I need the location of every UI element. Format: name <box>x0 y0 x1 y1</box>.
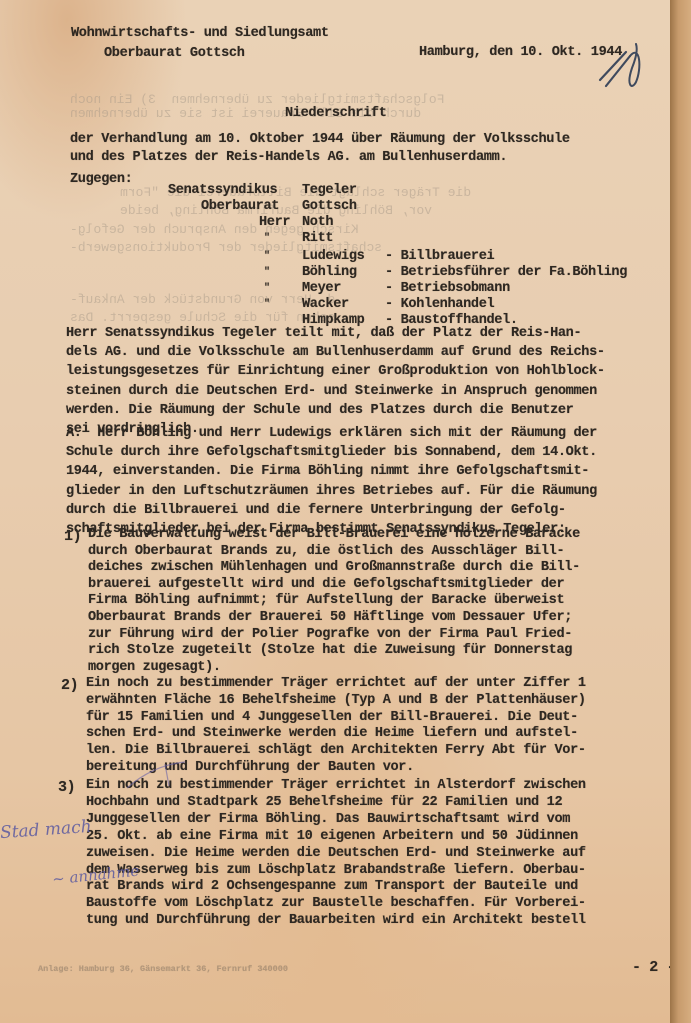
paragraph-line: rat Brands wird 2 Ochsengespanne zum Tra… <box>86 879 586 896</box>
paragraph-line: deiches zwischen Mühlenhagen und Großman… <box>88 560 580 577</box>
document-title: Niederschrift <box>285 104 387 123</box>
item-number: 3) <box>58 778 75 797</box>
paragraph-line: für 15 Familien und 4 Junggesellen der B… <box>86 710 586 727</box>
paragraph-line: tung und Durchführung der Bauarbeiten wi… <box>86 913 586 930</box>
official-name: Oberbaurat Gottsch <box>104 44 245 63</box>
margin-note: Stad mach <box>0 817 92 843</box>
paragraph-line: erwähnten Fläche 16 Behelfsheime (Typ A … <box>86 693 586 710</box>
pen-stroke-icon <box>125 760 215 790</box>
paragraph-line: Herr Senatssyndikus Tegeler teilt mit, d… <box>66 324 605 343</box>
paragraph-line: dem Wasserweg bis zum Löschplatz Braband… <box>86 863 586 880</box>
paragraph-line: schen Erd- und Steinwerke werden die Hei… <box>86 726 586 743</box>
paragraph-line: leistungsgesetzes für Einrichtung einer … <box>66 362 605 381</box>
paragraph-line: Oberbaurat Brands der Brauerei 50 Häftli… <box>88 610 580 627</box>
footer-faint-text: Anlage: Hamburg 36, Gänsemarkt 36, Fernr… <box>38 960 288 979</box>
paragraph-line: len. Die Billbrauerei schlägt den Archit… <box>86 743 586 760</box>
ditto-mark: " <box>264 229 270 248</box>
paragraph-line: rich Stolze zugeteilt (Stolze hat die Zu… <box>88 643 580 660</box>
paragraph-line: 1944, einverstanden. Die Firma Böhling n… <box>66 462 597 481</box>
paragraph-line: durch die Billbrauerei und die fernere U… <box>66 501 597 520</box>
item-1-paragraph: Die Bauverwaltung weist der Bill-Brauere… <box>88 527 580 676</box>
paragraph-line: zur Führung wird der Polier Pografke von… <box>88 627 580 644</box>
paragraph-line: werden. Die Räumung der Schule und des P… <box>66 401 605 420</box>
attendee-name: Ritt <box>302 229 333 248</box>
page-edge <box>670 0 691 1023</box>
item-3-paragraph: Ein noch zu bestimmender Träger errichte… <box>86 778 586 930</box>
section-a-paragraph: A. Herr Böhling und Herr Ludewigs erklär… <box>66 424 597 539</box>
paragraph-line: dels AG. und die Volksschule am Bullenhu… <box>66 343 605 362</box>
handwritten-mark-icon <box>596 38 646 90</box>
item-number: 1) <box>64 527 81 546</box>
paragraph-line: glieder in den Luftschutzräumen ihres Be… <box>66 482 597 501</box>
subject-line-1: der Verhandlung am 10. Oktober 1944 über… <box>70 130 570 149</box>
page-marker: - 2 - <box>632 958 675 977</box>
paragraph-line: A. Herr Böhling und Herr Ludewigs erklär… <box>66 424 597 443</box>
paragraph-line: 25. Okt. ab eine Firma mit 10 eigenen Ar… <box>86 829 586 846</box>
paragraph-line: steinen durch die Deutschen Erd- und Ste… <box>66 382 605 401</box>
paragraph-line: Hochbahn und Stadtpark 25 Behelfsheime f… <box>86 795 586 812</box>
bleed-through-text: Folgschaftsmitglieder zu übernehmen 3) E… <box>70 92 444 107</box>
paragraph-line: morgen zugesagt). <box>88 660 580 677</box>
attendees-label: Zugegen: <box>70 170 132 189</box>
document-page: Folgschaftsmitglieder zu übernehmen 3) E… <box>0 0 670 1023</box>
item-number: 2) <box>61 676 78 695</box>
paragraph-line: Schule durch ihre Gefolgschaftsmitgliede… <box>66 443 597 462</box>
paragraph-line: Ein noch zu bestimmender Träger errichte… <box>86 676 586 693</box>
place-date: Hamburg, den 10. Okt. 1944 <box>419 43 622 62</box>
paragraph-line: Junggesellen der Firma Böhling. Das Bauw… <box>86 812 586 829</box>
paragraph-line: durch Oberbaurat Brands zu, die östlich … <box>88 544 580 561</box>
paragraph-line: zuweisen. Die Heime werden die Deutschen… <box>86 846 586 863</box>
paragraph-line: Baustoffe vom Löschplatz zur Baustelle b… <box>86 896 586 913</box>
paragraph-line: brauerei aufgestellt wird und die Gefolg… <box>88 577 580 594</box>
ditto-mark: " <box>264 295 270 314</box>
paragraph-line: Firma Böhling aufnimmt; für Aufstellung … <box>88 593 580 610</box>
paragraph-line: Die Bauverwaltung weist der Bill-Brauere… <box>88 527 580 544</box>
intro-paragraph: Herr Senatssyndikus Tegeler teilt mit, d… <box>66 324 605 439</box>
subject-line-2: und des Platzes der Reis-Handels AG. am … <box>70 148 507 167</box>
office-name: Wohnwirtschafts- und Siedlungsamt <box>71 24 329 43</box>
